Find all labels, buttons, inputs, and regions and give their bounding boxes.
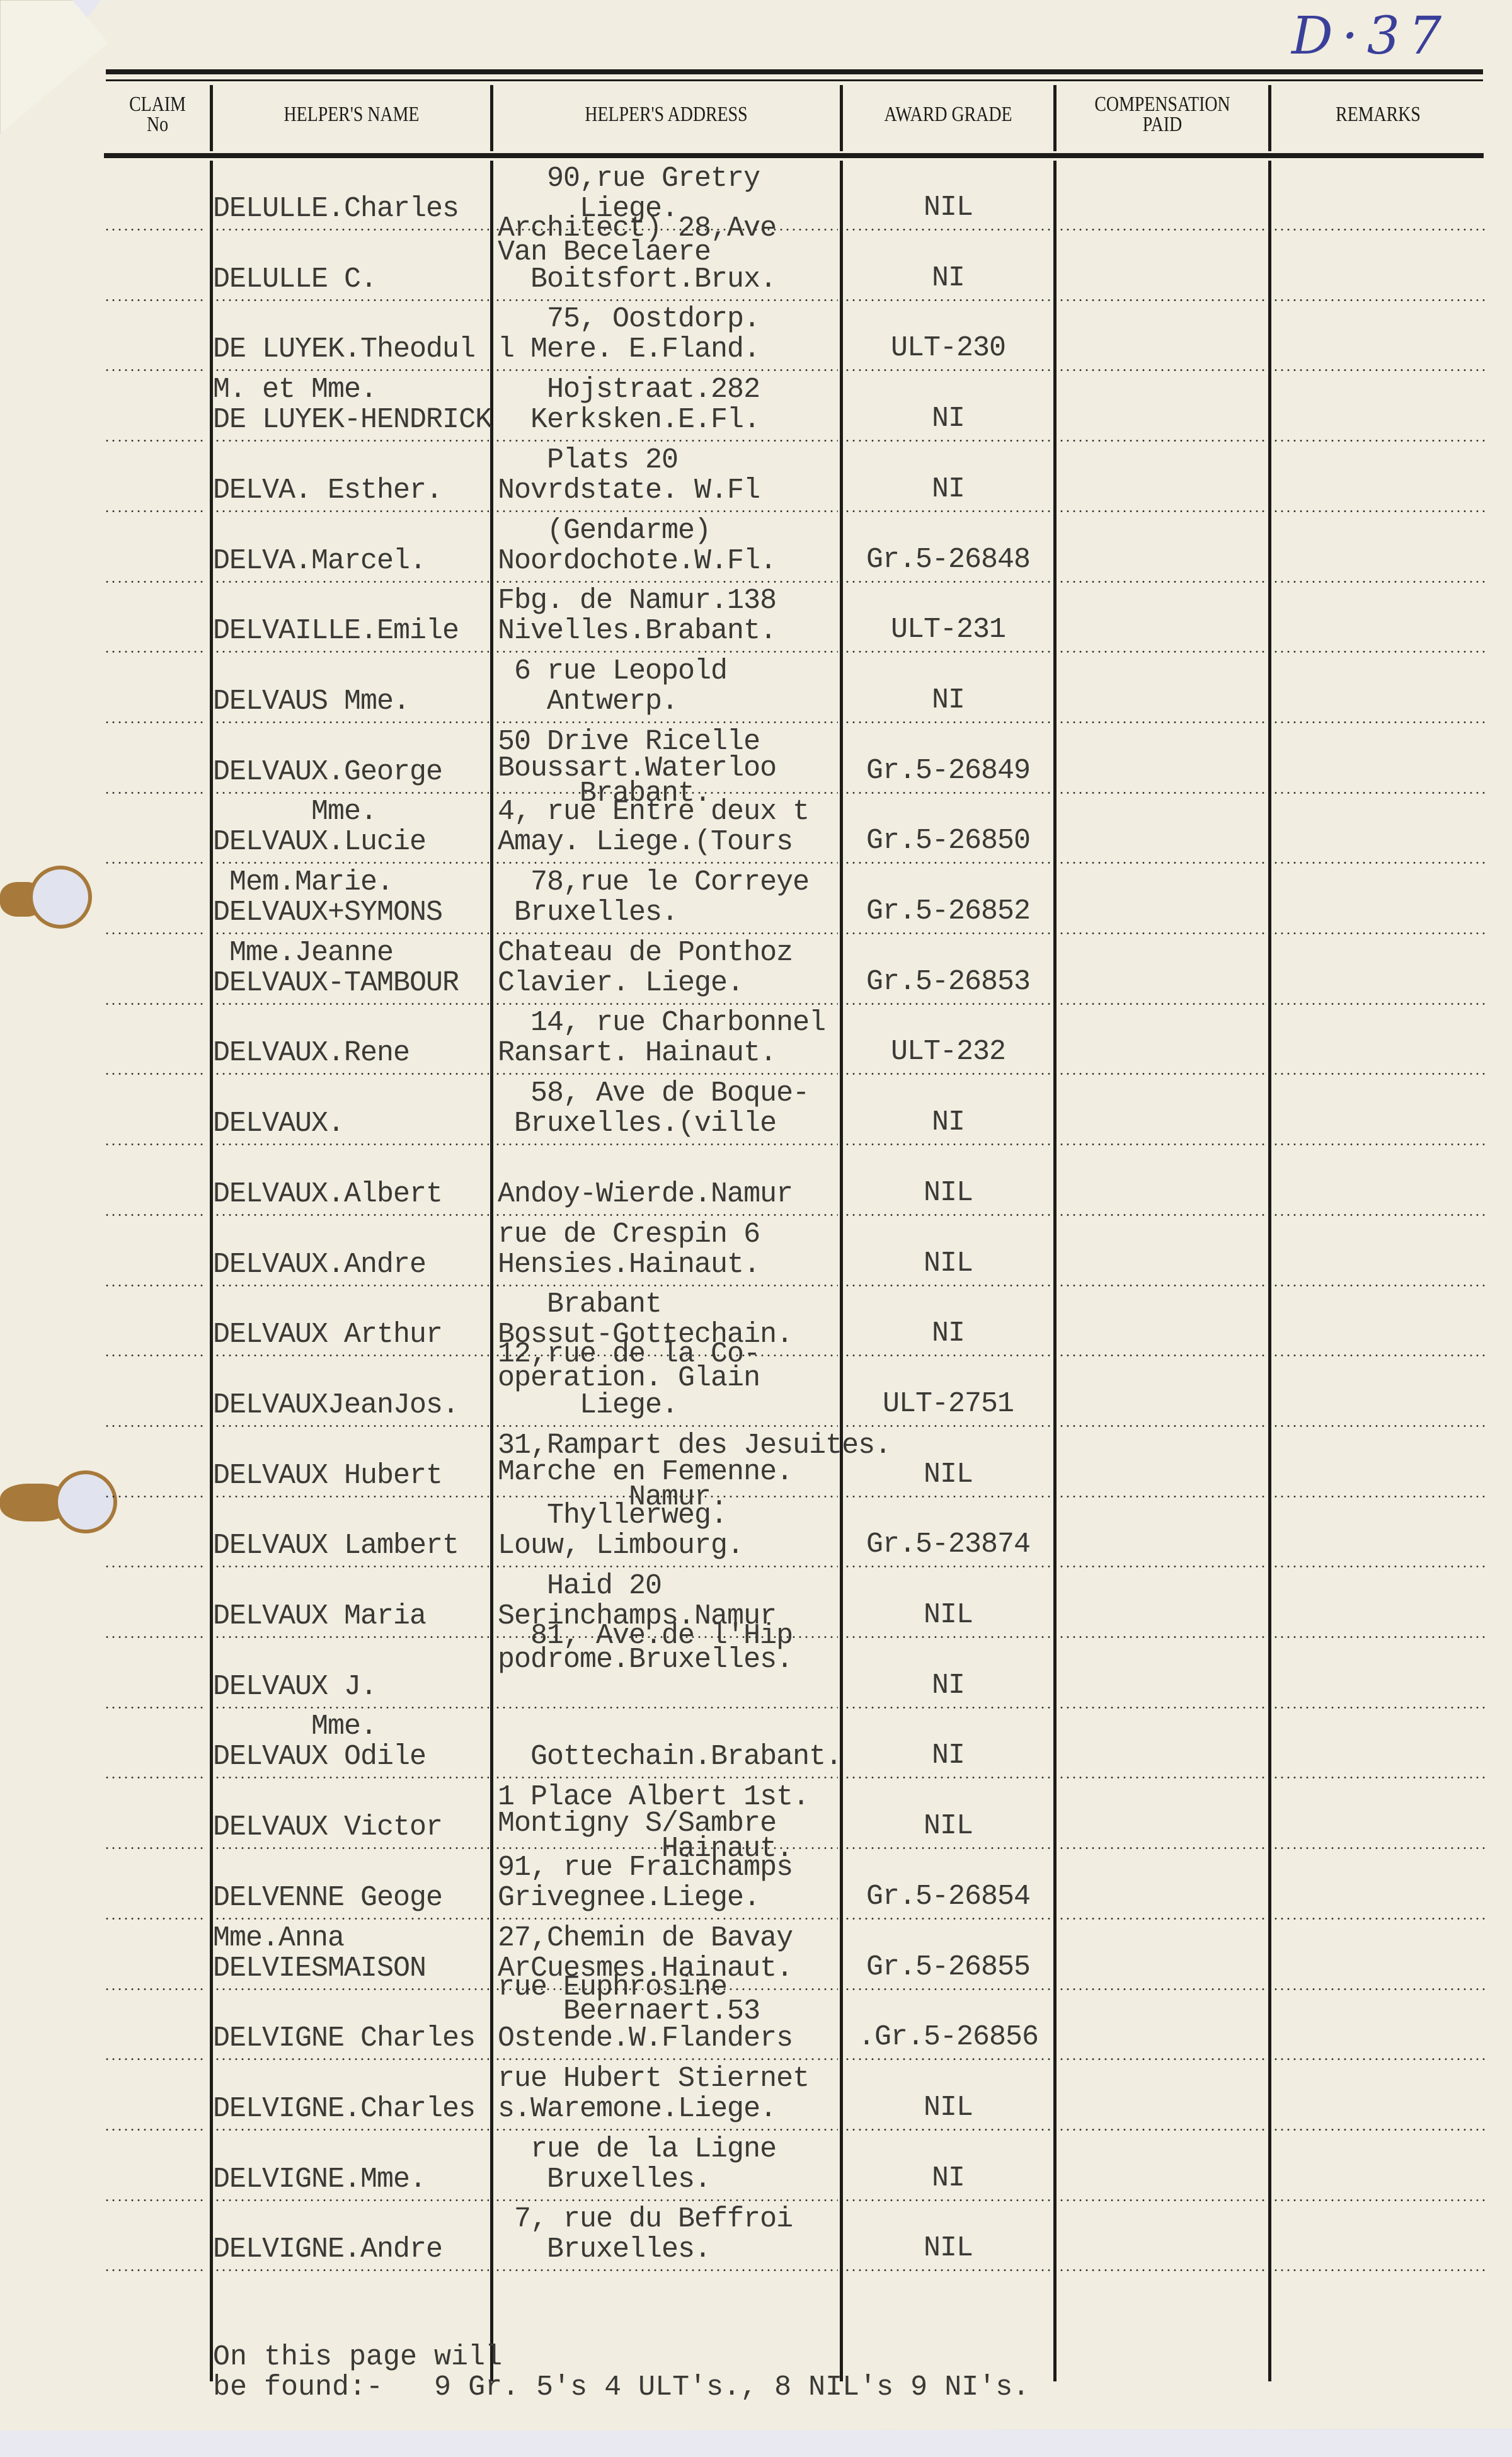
award-grade: Gr.5-26853 [844,967,1052,997]
helper-name: DELVAUX+SYMONS [213,898,442,928]
award-grade: NIL [844,1178,1052,1208]
table-row: DELVIGNE Charlesrue Euphrosine Beernaert… [0,1990,1512,2060]
helper-address-line1: 27,Chemin de Bavay [498,1923,793,1954]
helper-address-line1: Plats 20 [498,445,678,476]
helper-name-prefix: Mme. [213,797,377,827]
table-row: DE LUYEK.Theodul 75, Oostdorp.l Mere. E.… [0,301,1512,371]
helper-address-line1: Brabant [498,1290,661,1320]
column-header-compensation: COMPENSATION PAID [1077,94,1248,135]
table-row: DELVAUX J. 81, Ave.de l'Hip podrome.Brux… [0,1638,1512,1709]
table-row: DELVAUX Hubert31,Rampart des Jesuites.Ma… [0,1427,1512,1498]
table-row: Mme.JeanneDELVAUX-TAMBOURChateau de Pont… [0,934,1512,1005]
helper-name: DELVAUX Arthur [213,1320,442,1350]
header-divider [210,85,213,151]
helper-name: DELVIGNE.Charles [213,2094,475,2124]
helper-address-line1: 78,rue le Correye [498,868,809,898]
helper-address-line2: Bruxelles. [498,2165,711,2195]
award-grade: ULT-230 [844,333,1052,364]
helper-address-line2: Clavier. Liege. [498,968,743,999]
summary-line-2: be found:- 9 Gr. 5's 4 ULT's., 8 NIL's 9… [213,2373,1029,2403]
table-row: Mme.DELVAUX.Lucie4, rue Entre deux tAmay… [0,793,1512,864]
helper-name: DELVAUXJeanJos. [213,1390,459,1421]
helper-address-line2: Andoy-Wierde.Namur [498,1179,793,1210]
row-separator [214,2269,489,2271]
table-row: DELVIGNE.Andre 7, rue du Beffroi Bruxell… [0,2201,1512,2271]
helper-address-line1: 58, Ave de Boque- [498,1079,809,1109]
table-row: DELVAUXJeanJos.12,rue de la Co- operatio… [0,1356,1512,1427]
helper-name: DELVIGNE.Mme. [213,2165,426,2195]
helper-name: DELVAUX Hubert [213,1461,442,1491]
helper-name: DELVAUX Odile [213,1742,426,1772]
helper-address-line1: 81, Ave.de l'Hip podrome.Bruxelles. [498,1624,793,1672]
column-header-name: HELPER'S NAME [239,105,464,125]
header-divider [1268,85,1271,151]
helper-name-prefix: Mme. [213,1712,377,1742]
helper-address-line1: Architect) 28,Ave Van Becelaere [498,217,776,265]
table-row: DELVAUX Lambert Thyllerweg.Louw, Limbour… [0,1497,1512,1567]
helper-name: DELVAUX Lambert [213,1531,459,1561]
header-divider [840,85,843,151]
column-header-award: AWARD GRADE [863,105,1034,125]
helper-address-line2: Kerksken.E.Fl. [498,405,760,435]
helper-address-line1: 75, Oostdorp. [498,304,760,335]
summary-line-1: On this page will [213,2342,502,2373]
award-grade: Gr.5-26849 [844,756,1052,786]
award-grade: NI [844,685,1052,716]
header-bottom-rule [104,153,1484,158]
helper-address-line2: Nivelles.Brabant. [498,616,776,646]
award-grade: ULT-231 [844,615,1052,645]
award-grade: NIL [844,1460,1052,1490]
page-reference: D·37 [1291,6,1450,66]
helper-address-line2: l Mere. E.Fland. [498,335,760,365]
helper-name: DELVENNE Geoge [213,1883,442,1913]
helper-address-line2: Amay. Liege.(Tours [498,827,793,857]
helper-name: DELVAUX.Andre [213,1250,426,1280]
helper-name: DELVA. Esther. [213,476,442,506]
helper-name: DE LUYEK.Theodul [213,335,475,365]
row-separator [104,2269,205,2271]
helper-address-line1: Fbg. de Namur.138 [498,586,776,616]
award-grade: ULT-2751 [844,1389,1052,1419]
helper-name: DELVAUX Maria [213,1601,426,1632]
helper-address-line2: Boitsfort.Brux. [498,265,776,295]
table-row: DELVAUX. 58, Ave de Boque- Bruxelles.(vi… [0,1075,1512,1145]
helper-address-line1: 12,rue de la Co- operation. Glain [498,1343,760,1390]
helper-address-line1: 7, rue du Beffroi [498,2204,793,2235]
helper-name: DELVAUX.Rene [213,1038,409,1068]
helper-name: DELVA.Marcel. [213,546,426,576]
table-row: DELVAUX.AlbertAndoy-Wierde.NamurNIL [0,1145,1512,1216]
helper-name: DELVAUX-TAMBOUR [213,968,459,999]
helper-address-line2: Antwerp. [498,687,678,717]
column-header-claim: CLAIM No [116,94,198,135]
helper-name-prefix: Mem.Marie. [213,868,393,898]
helper-name: DELVAUX.George [213,757,442,787]
helper-name: DELVIESMAISON [213,1954,426,1984]
helper-name: DELULLE.Charles [213,194,459,224]
helper-address-line2: Grivegnee.Liege. [498,1883,760,1913]
helper-name: DELULLE C. [213,265,377,295]
table-row: DELVAUX.Andrerue de Crespin 6Hensies.Hai… [0,1216,1512,1286]
helper-address-line2: Liege. [498,1390,678,1421]
helper-name: DELVAUX.Albert [213,1179,442,1210]
helper-name: DELVIGNE.Andre [213,2235,442,2265]
helper-name-prefix: Mme.Jeanne [213,938,393,968]
table-row: M. et Mme.DE LUYEK-HENDRICK Hojstraat.28… [0,371,1512,442]
award-grade: Gr.5-26854 [844,1882,1052,1912]
helper-address-line1: Hojstraat.282 [498,375,760,405]
helper-address-line1: 91, rue Fraichamps [498,1853,793,1883]
award-grade: NI [844,404,1052,434]
helper-address-line1: 4, rue Entre deux t [498,797,809,827]
row-separator [495,2269,838,2271]
helper-address-line1: rue de Crespin 6 [498,1220,760,1250]
award-grade: Gr.5-26850 [844,826,1052,856]
helper-address-line2: Ransart. Hainaut. [498,1038,776,1068]
award-grade: NI [844,474,1052,505]
award-grade: Gr.5-26848 [844,545,1052,575]
helper-address-line1: Thyllerweg. [498,1501,727,1531]
helper-address-line1: Chateau de Ponthoz [498,938,793,968]
helper-name: DELVIGNE Charles [213,2024,475,2054]
helper-address-line1: rue de la Ligne [498,2134,776,2165]
helper-address-line2: Ostende.W.Flanders [498,2024,793,2054]
helper-address-line1: 6 rue Leopold [498,656,727,687]
award-grade: NI [844,2163,1052,2194]
award-grade: Gr.5-23874 [844,1530,1052,1560]
row-separator [1273,2269,1487,2271]
table-row: DELULLE C.Architect) 28,Ave Van Becelaer… [0,231,1512,301]
helper-name: DELVAUX Victor [213,1813,442,1843]
award-grade: .Gr.5-26856 [844,2022,1052,2053]
header-divider [1053,85,1057,151]
table-row: DELVIGNE.Charlesrue Hubert Stiernets.War… [0,2060,1512,2131]
column-header-address: HELPER'S ADDRESS [525,105,807,125]
award-grade: Gr.5-26855 [844,1952,1052,1983]
award-grade: NIL [844,2233,1052,2264]
table-row: Mem.Marie.DELVAUX+SYMONS 78,rue le Corre… [0,864,1512,934]
helper-address-line2: Bruxelles.(ville [498,1109,776,1139]
award-grade: NI [844,1319,1052,1349]
scan-background-bottom [0,2431,1512,2457]
helper-name-prefix: M. et Mme. [213,375,377,405]
award-grade: ULT-232 [844,1037,1052,1067]
table-row: DELVA. Esther. Plats 20Novrdstate. W.FlN… [0,442,1512,512]
helper-name: DE LUYEK-HENDRICK [213,405,491,435]
header-thin-rule [106,79,1483,81]
award-grade: NIL [844,1249,1052,1279]
table-row: DELVAILLE.EmileFbg. de Namur.138Nivelles… [0,582,1512,653]
table-row: DELVAUS Mme. 6 rue Leopold Antwerp.NI [0,653,1512,723]
award-grade: Gr.5-26852 [844,896,1052,927]
helper-name: DELVAUX. [213,1109,344,1139]
helper-name: DELVAUS Mme. [213,687,409,717]
header-top-rule [106,69,1483,74]
row-separator [844,2269,1052,2271]
award-grade: NIL [844,2093,1052,2123]
helper-name: DELVAUX.Lucie [213,827,426,857]
award-grade: NI [844,1108,1052,1138]
helper-name-prefix: Mme.Anna [213,1923,344,1954]
table-row: DELVAUX.Rene 14, rue CharbonnelRansart. … [0,1004,1512,1075]
award-grade: NI [844,263,1052,294]
helper-address-line2: Gottechain.Brabant. [498,1742,842,1772]
table-row: DELVENNE Geoge91, rue FraichampsGrivegne… [0,1849,1512,1920]
helper-name: DELVAILLE.Emile [213,616,459,646]
table-row: Mme.DELVAUX Odile Gottechain.Brabant.NI [0,1708,1512,1778]
award-grade: NI [844,1741,1052,1771]
row-separator [1058,2269,1266,2271]
helper-address-line2: s.Waremone.Liege. [498,2094,776,2124]
award-grade: NIL [844,1811,1052,1841]
table-row: DELVIGNE.Mme. rue de la Ligne Bruxelles.… [0,2131,1512,2201]
helper-address-line1: (Gendarme) [498,516,711,546]
award-grade: NIL [844,1600,1052,1630]
helper-address-line2: Novrdstate. W.Fl [498,476,760,506]
helper-address-line1: rue Euphrosine Beernaert.53 [498,1976,760,2024]
helper-address-line1: 90,rue Gretry [498,164,760,194]
helper-address-line1: rue Hubert Stiernet [498,2064,809,2094]
header-divider [490,85,493,151]
helper-address-line2: Bruxelles. [498,898,678,928]
table-row: DELVAUX Victor1 Place Albert 1st.Montign… [0,1778,1512,1849]
award-grade: NI [844,1671,1052,1701]
helper-address-line1: 14, rue Charbonnel [498,1008,825,1038]
table-row: DELVAUX.George50 Drive RicelleBoussart.W… [0,723,1512,794]
helper-name: DELVAUX J. [213,1672,377,1702]
table-row: DELVA.Marcel. (Gendarme)Noordochote.W.Fl… [0,512,1512,583]
helper-address-line2: Louw, Limbourg. [498,1531,743,1561]
column-header-remarks: REMARKS [1291,105,1465,125]
helper-address-line2: Noordochote.W.Fl. [498,546,776,576]
helper-address-line2: Hensies.Hainaut. [498,1250,760,1280]
award-grade: NIL [844,193,1052,223]
helper-address-line1: Haid 20 [498,1571,661,1601]
helper-address-line2: Bruxelles. [498,2235,711,2265]
